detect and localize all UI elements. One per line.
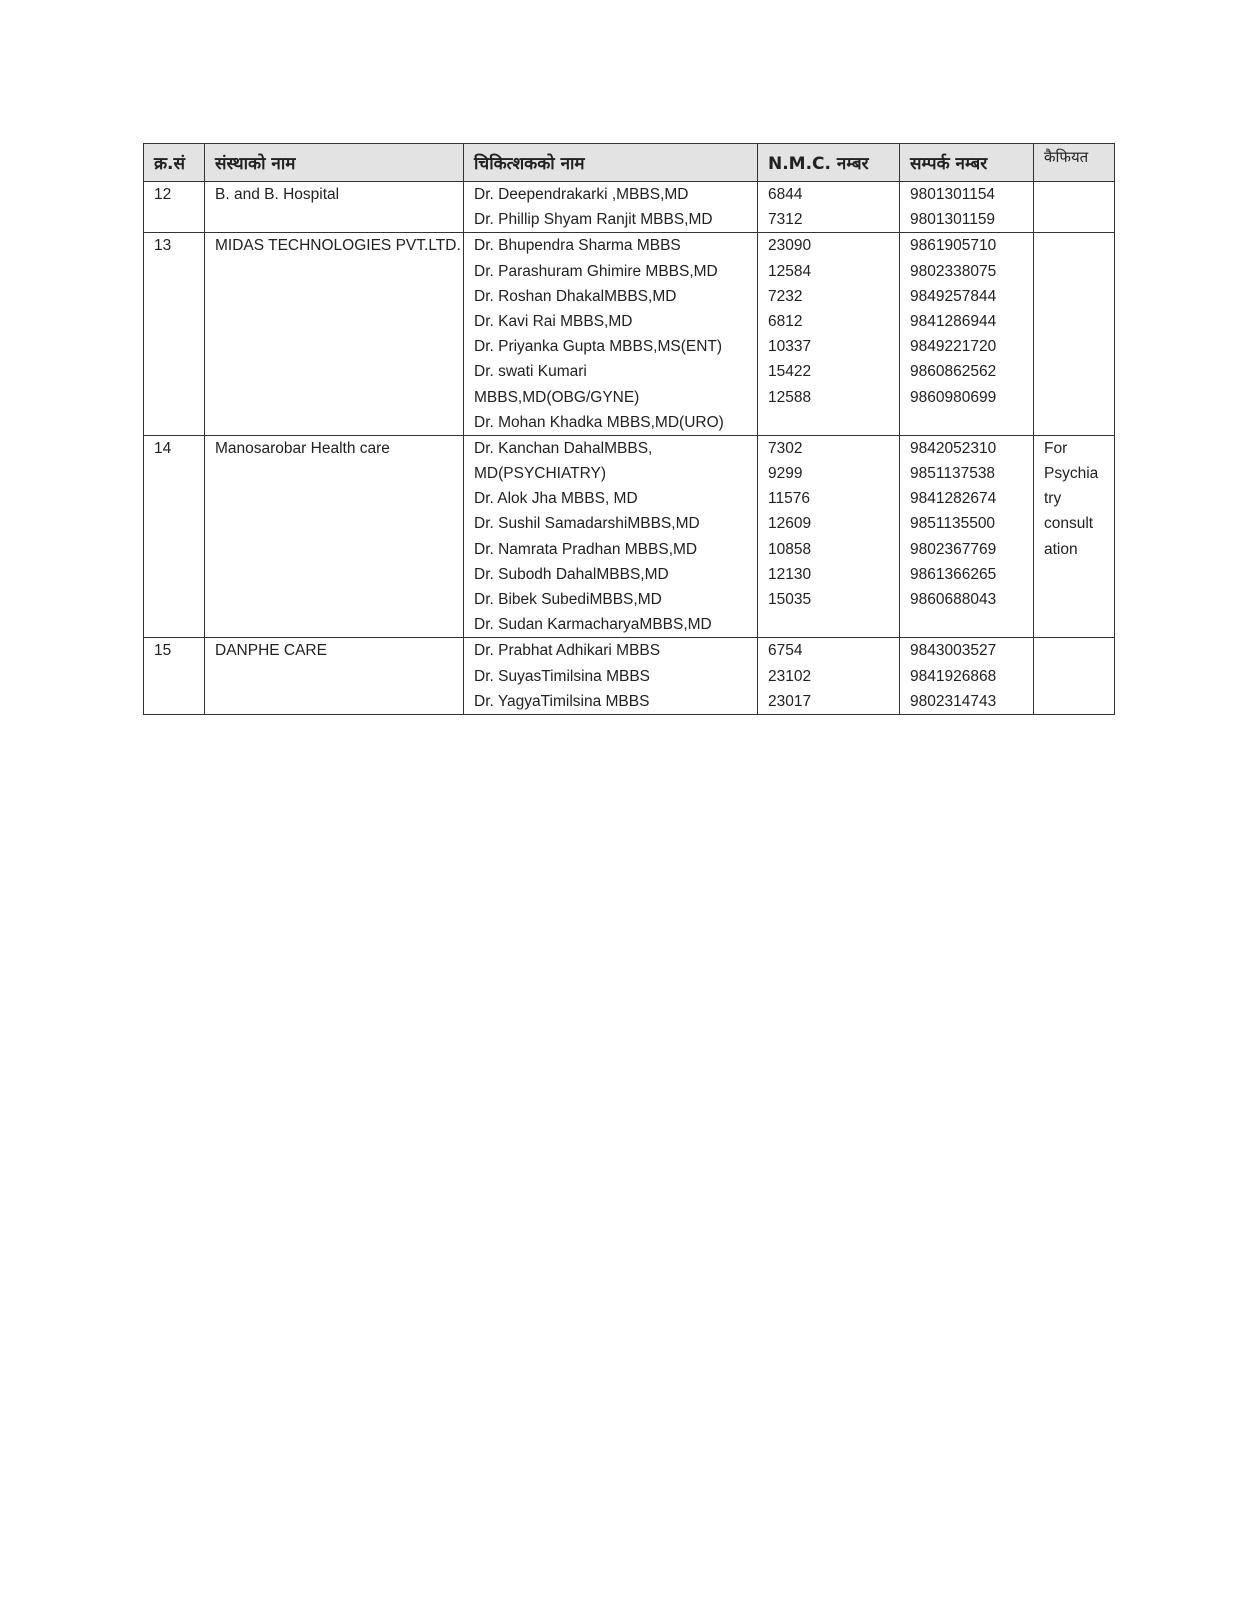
institution-cell: MIDAS TECHNOLOGIES PVT.LTD.	[205, 233, 464, 436]
contact-cell-line: 9843003527	[910, 638, 1023, 663]
nmc-cell-line: 10858	[768, 537, 889, 562]
contact-cell-line: 9802338075	[910, 259, 1023, 284]
contact-cell-line: 9842052310	[910, 436, 1023, 461]
doctor-cell: Dr. Bhupendra Sharma MBBSDr. Parashuram …	[464, 233, 758, 436]
contact-cell-line: 9802314743	[910, 689, 1023, 714]
doctors-table: क्र.सं संस्थाको नाम चिकित्शकको नाम N.M.C…	[143, 143, 1115, 715]
header-contact: सम्पर्क नम्बर	[900, 144, 1034, 182]
doctor-cell-line: Dr. Deependrakarki ,MBBS,MD	[474, 182, 747, 207]
contact-cell: 98013011549801301159	[900, 182, 1034, 233]
nmc-cell: 68447312	[758, 182, 900, 233]
doctor-cell-line: Dr. YagyaTimilsina MBBS	[474, 689, 747, 714]
nmc-cell-line: 23017	[768, 689, 889, 714]
nmc-cell-line: 9299	[768, 461, 889, 486]
nmc-cell-line: 6844	[768, 182, 889, 207]
doctor-cell-line: Dr. Sudan KarmacharyaMBBS,MD	[474, 612, 747, 637]
contact-cell-line: 9841926868	[910, 664, 1023, 689]
doctor-cell-line: Dr. Bhupendra Sharma MBBS	[474, 233, 747, 258]
nmc-cell-line: 10337	[768, 334, 889, 359]
serial-cell-text: 13	[154, 233, 194, 258]
remarks-cell	[1034, 233, 1115, 436]
table-row: 13MIDAS TECHNOLOGIES PVT.LTD.Dr. Bhupend…	[144, 233, 1115, 436]
contact-cell: 9861905710980233807598492578449841286944…	[900, 233, 1034, 436]
nmc-cell-line: 7302	[768, 436, 889, 461]
contact-cell-line: 9849257844	[910, 284, 1023, 309]
remarks-cell-line: Psychia	[1044, 461, 1104, 486]
doctor-cell-line: Dr. swati Kumari	[474, 359, 747, 384]
serial-cell: 15	[144, 638, 205, 715]
nmc-cell-line: 12588	[768, 385, 889, 410]
contact-cell-line: 9861366265	[910, 562, 1023, 587]
header-institution: संस्थाको नाम	[205, 144, 464, 182]
doctor-cell-line: MD(PSYCHIATRY)	[474, 461, 747, 486]
serial-cell-text: 12	[154, 182, 194, 207]
contact-cell-line: 9851137538	[910, 461, 1023, 486]
doctor-cell-line: Dr. Namrata Pradhan MBBS,MD	[474, 537, 747, 562]
header-nmc: N.M.C. नम्बर	[758, 144, 900, 182]
institution-cell-text: MIDAS TECHNOLOGIES PVT.LTD.	[215, 233, 453, 258]
contact-cell-line: 9860688043	[910, 587, 1023, 612]
doctor-cell: Dr. Deependrakarki ,MBBS,MDDr. Phillip S…	[464, 182, 758, 233]
header-doctor: चिकित्शकको नाम	[464, 144, 758, 182]
serial-cell-text: 15	[154, 638, 194, 663]
nmc-cell-line: 15035	[768, 587, 889, 612]
nmc-cell-line: 11576	[768, 486, 889, 511]
nmc-cell-line: 6754	[768, 638, 889, 663]
doctor-cell-line: Dr. Subodh DahalMBBS,MD	[474, 562, 747, 587]
remarks-cell-line: consult	[1044, 511, 1104, 536]
contact-cell-line: 9860980699	[910, 385, 1023, 410]
remarks-cell-line: try	[1044, 486, 1104, 511]
contact-cell-line: 9851135500	[910, 511, 1023, 536]
doctor-cell-line: Dr. Mohan Khadka MBBS,MD(URO)	[474, 410, 747, 435]
doctor-cell-line: Dr. Parashuram Ghimire MBBS,MD	[474, 259, 747, 284]
doctor-cell-line: Dr. Kavi Rai MBBS,MD	[474, 309, 747, 334]
remarks-cell	[1034, 182, 1115, 233]
nmc-cell-line: 23102	[768, 664, 889, 689]
table-row: 15DANPHE CAREDr. Prabhat Adhikari MBBSDr…	[144, 638, 1115, 715]
institution-cell: DANPHE CARE	[205, 638, 464, 715]
doctor-cell-line: Dr. SuyasTimilsina MBBS	[474, 664, 747, 689]
nmc-cell-line: 12130	[768, 562, 889, 587]
contact-cell: 984300352798419268689802314743	[900, 638, 1034, 715]
institution-cell: B. and B. Hospital	[205, 182, 464, 233]
remarks-cell: ForPsychiatryconsultation	[1034, 435, 1115, 638]
doctor-cell-line: MBBS,MD(OBG/GYNE)	[474, 385, 747, 410]
nmc-cell-line: 23090	[768, 233, 889, 258]
nmc-cell-line: 7312	[768, 207, 889, 232]
nmc-cell-line: 12584	[768, 259, 889, 284]
doctor-cell: Dr. Kanchan DahalMBBS,MD(PSYCHIATRY)Dr. …	[464, 435, 758, 638]
doctor-cell-line: Dr. Alok Jha MBBS, MD	[474, 486, 747, 511]
serial-cell: 14	[144, 435, 205, 638]
nmc-cell: 67542310223017	[758, 638, 900, 715]
institution-cell-text: Manosarobar Health care	[215, 436, 453, 461]
contact-cell-line: 9849221720	[910, 334, 1023, 359]
doctor-cell-line: Dr. Sushil SamadarshiMBBS,MD	[474, 511, 747, 536]
nmc-cell: 730292991157612609108581213015035	[758, 435, 900, 638]
contact-cell-line: 9801301154	[910, 182, 1023, 207]
doctor-cell-line: Dr. Bibek SubediMBBS,MD	[474, 587, 747, 612]
contact-cell-line: 9841282674	[910, 486, 1023, 511]
header-serial: क्र.सं	[144, 144, 205, 182]
contact-cell-line: 9801301159	[910, 207, 1023, 232]
remarks-cell-line: For	[1044, 436, 1104, 461]
doctor-cell-line: Dr. Priyanka Gupta MBBS,MS(ENT)	[474, 334, 747, 359]
serial-cell-text: 14	[154, 436, 194, 461]
serial-cell: 13	[144, 233, 205, 436]
nmc-cell-line: 6812	[768, 309, 889, 334]
doctor-cell-line: Dr. Phillip Shyam Ranjit MBBS,MD	[474, 207, 747, 232]
nmc-cell-line: 12609	[768, 511, 889, 536]
table-row: 12B. and B. HospitalDr. Deependrakarki ,…	[144, 182, 1115, 233]
remarks-cell-line: ation	[1044, 537, 1104, 562]
nmc-cell-line: 15422	[768, 359, 889, 384]
institution-cell-text: B. and B. Hospital	[215, 182, 453, 207]
nmc-cell-line: 7232	[768, 284, 889, 309]
doctor-cell-line: Dr. Prabhat Adhikari MBBS	[474, 638, 747, 663]
doctor-cell-line: Dr. Roshan DhakalMBBS,MD	[474, 284, 747, 309]
nmc-cell: 230901258472326812103371542212588	[758, 233, 900, 436]
doctor-cell-line: Dr. Kanchan DahalMBBS,	[474, 436, 747, 461]
contact-cell-line: 9861905710	[910, 233, 1023, 258]
contact-cell-line: 9860862562	[910, 359, 1023, 384]
table-header-row: क्र.सं संस्थाको नाम चिकित्शकको नाम N.M.C…	[144, 144, 1115, 182]
table-body: 12B. and B. HospitalDr. Deependrakarki ,…	[144, 182, 1115, 715]
contact-cell-line: 9802367769	[910, 537, 1023, 562]
serial-cell: 12	[144, 182, 205, 233]
table-row: 14Manosarobar Health careDr. Kanchan Dah…	[144, 435, 1115, 638]
institution-cell-text: DANPHE CARE	[215, 638, 453, 663]
contact-cell-line: 9841286944	[910, 309, 1023, 334]
doctor-cell: Dr. Prabhat Adhikari MBBSDr. SuyasTimils…	[464, 638, 758, 715]
contact-cell: 9842052310985113753898412826749851135500…	[900, 435, 1034, 638]
header-remarks: कैफियत	[1034, 144, 1115, 182]
institution-cell: Manosarobar Health care	[205, 435, 464, 638]
remarks-cell	[1034, 638, 1115, 715]
